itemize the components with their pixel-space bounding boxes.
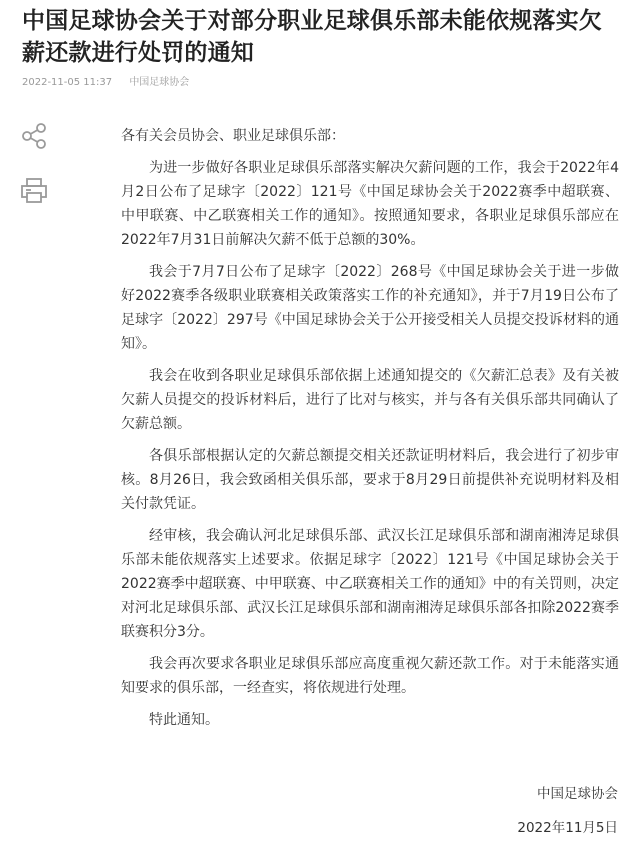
signature-org: 中国足球协会 <box>537 784 618 804</box>
closing-line: 特此通知。 <box>121 708 619 732</box>
article-title: 中国足球协会关于对部分职业足球俱乐部未能依规落实欠薪还款进行处罚的通知 <box>22 5 622 69</box>
salutation: 各有关会员协会、职业足球俱乐部： <box>121 124 619 148</box>
side-toolbar <box>20 122 50 230</box>
paragraph: 为进一步做好各职业足球俱乐部落实解决欠薪问题的工作，我会于2022年4月2日公布… <box>121 156 619 252</box>
printer-icon <box>20 176 48 204</box>
paragraph: 我会再次要求各职业足球俱乐部应高度重视欠薪还款工作。对于未能落实通知要求的俱乐部… <box>121 652 619 700</box>
share-icon <box>20 122 48 150</box>
signature-date: 2022年11月5日 <box>517 818 618 838</box>
share-button[interactable] <box>20 122 48 150</box>
article-source[interactable]: 中国足球协会 <box>129 77 189 88</box>
print-button[interactable] <box>20 176 48 204</box>
paragraph: 经审核，我会确认河北足球俱乐部、武汉长江足球俱乐部和湖南湘涛足球俱乐部未能依规落… <box>121 524 619 644</box>
paragraph: 我会在收到各职业足球俱乐部依据上述通知提交的《欠薪汇总表》及有关被欠薪人员提交的… <box>121 364 619 436</box>
article-body: 各有关会员协会、职业足球俱乐部： 为进一步做好各职业足球俱乐部落实解决欠薪问题的… <box>121 124 619 740</box>
publish-datetime: 2022-11-05 11:37 <box>22 77 112 88</box>
paragraph: 我会于7月7日公布了足球字〔2022〕268号《中国足球协会关于进一步做好202… <box>121 260 619 356</box>
article-meta: 2022-11-05 11:37 中国足球协会 <box>22 76 203 90</box>
paragraph: 各俱乐部根据认定的欠薪总额提交相关还款证明材料后，我会进行了初步审核。8月26日… <box>121 444 619 516</box>
